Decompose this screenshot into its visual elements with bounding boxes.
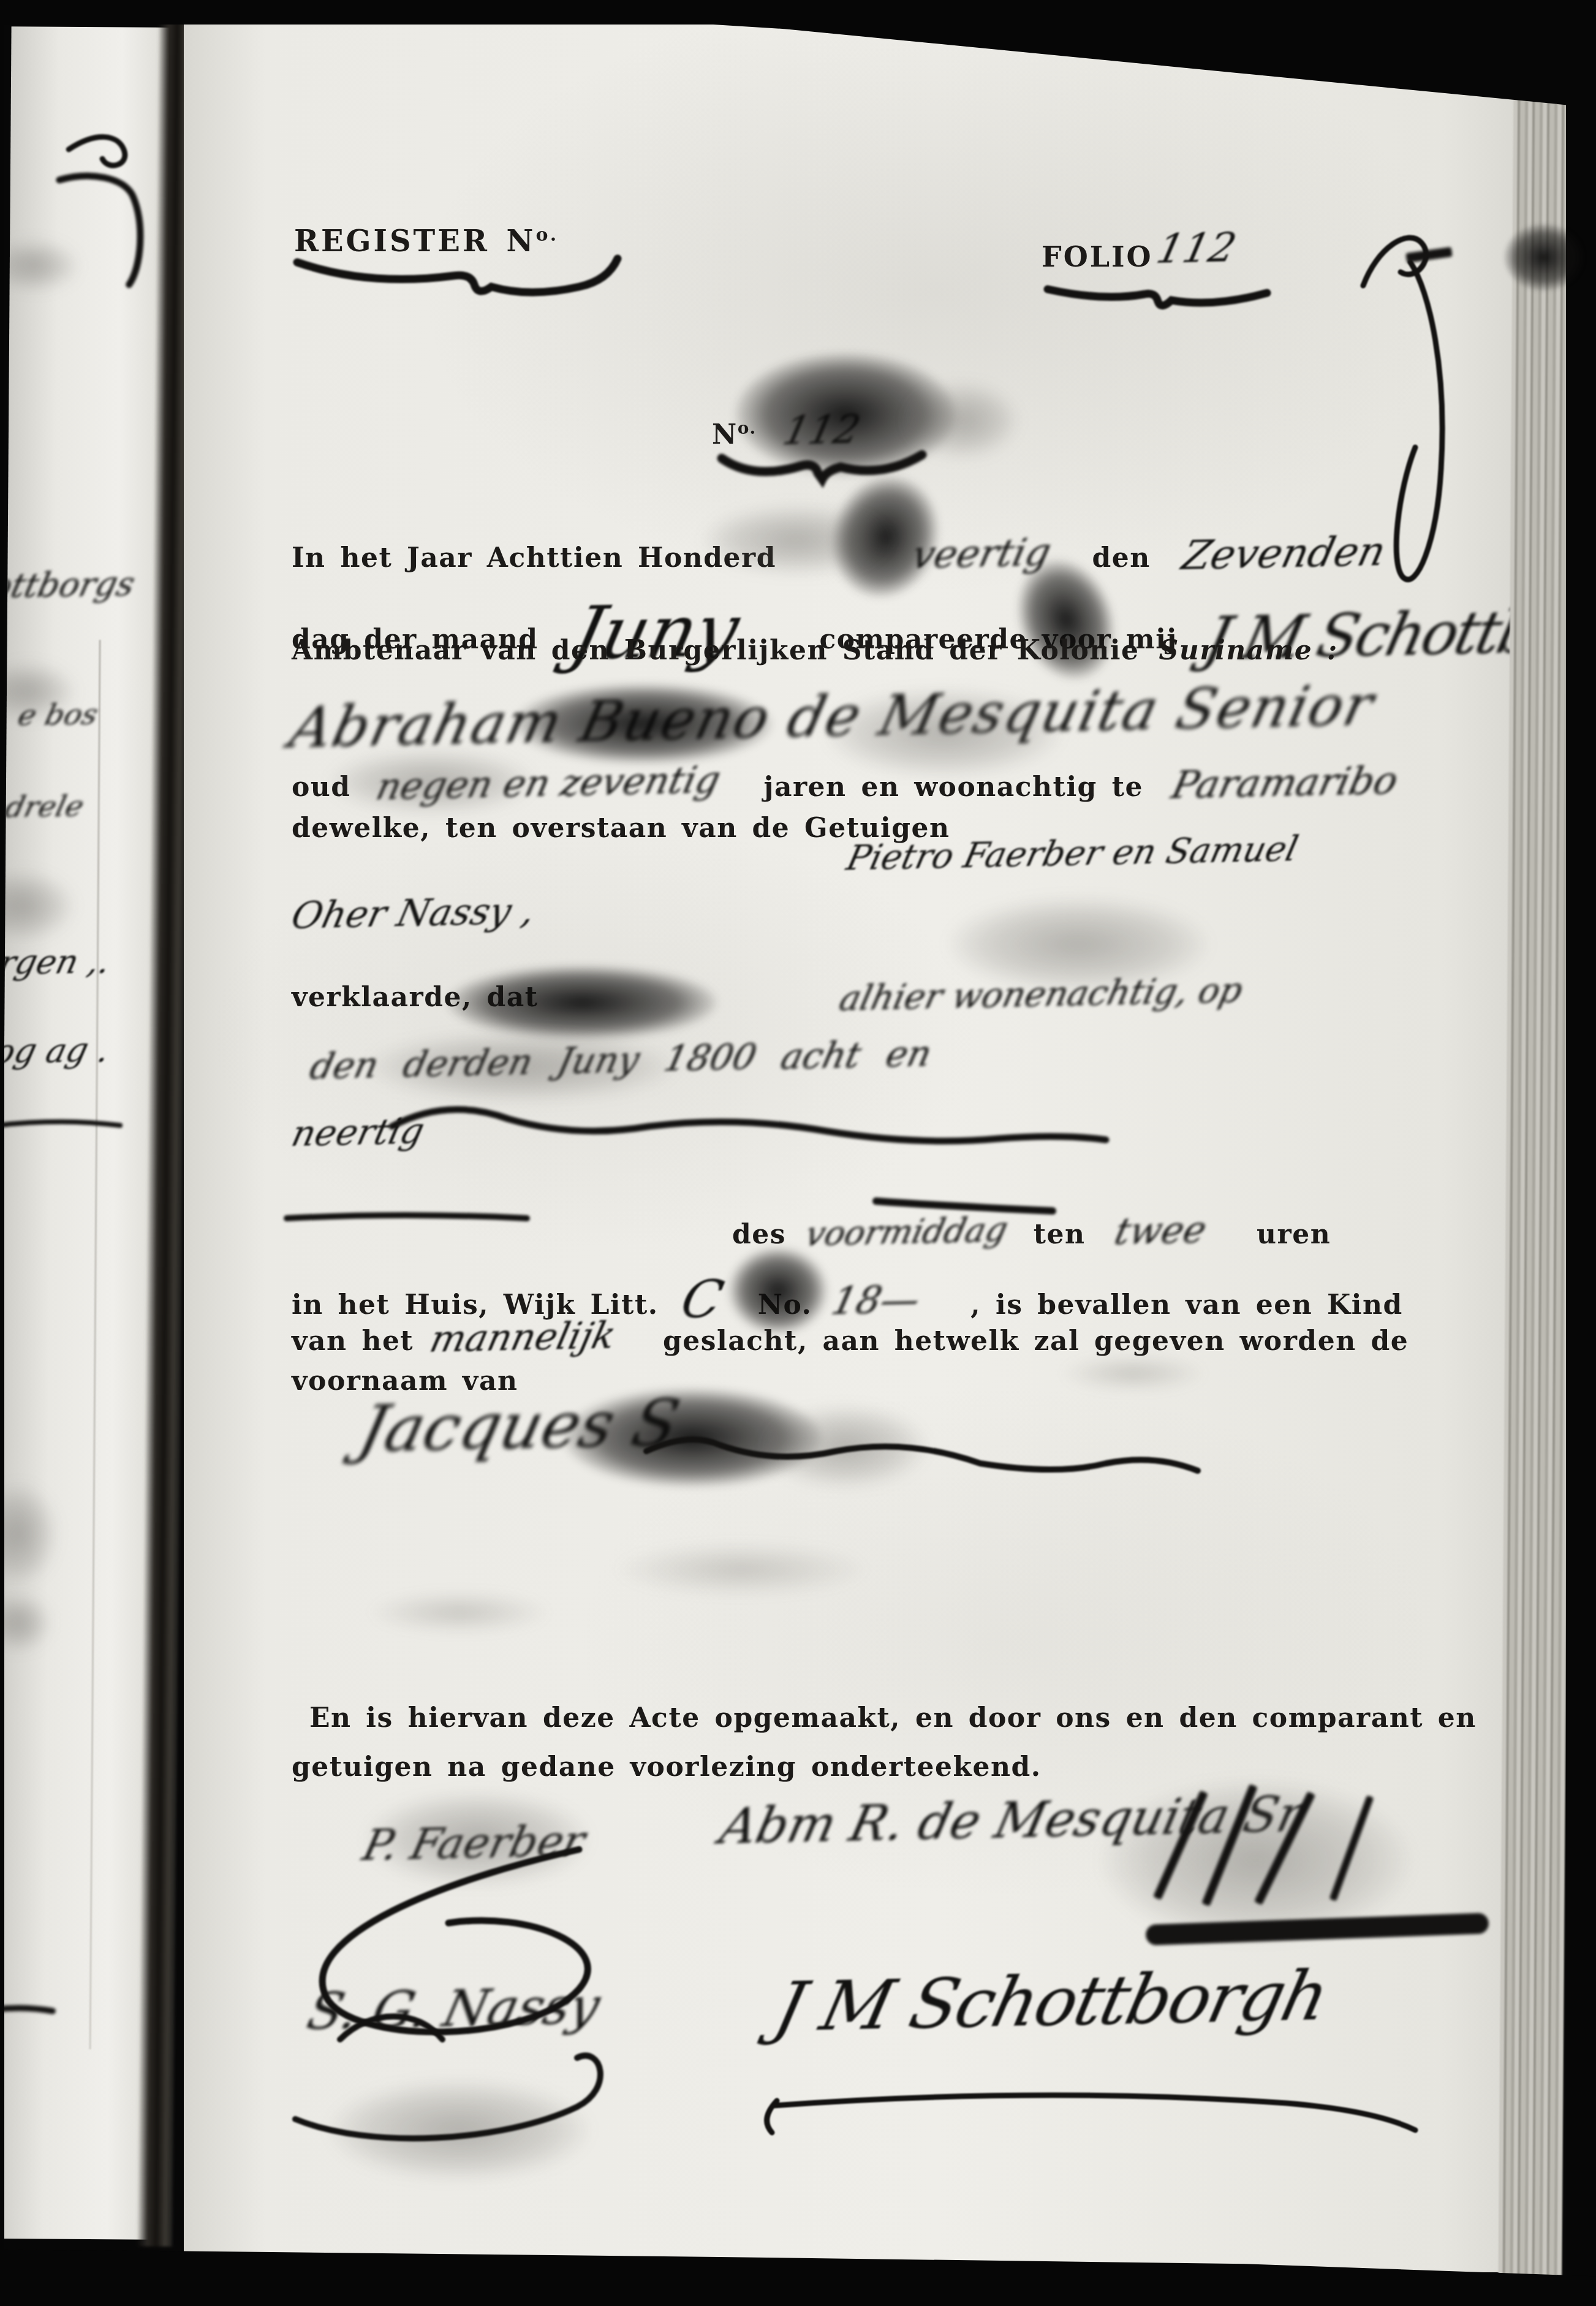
scanned-register-page: hottborgs e bos drele rgen ,. og ag . RE…	[0, 0, 1596, 2306]
ink-blot-page-edge	[1504, 224, 1584, 291]
left-page-text-fragment: rgen ,.	[0, 942, 114, 982]
left-page-text-fragment: drele	[2, 789, 88, 825]
register-underline-flourish	[297, 259, 618, 292]
short-rule	[287, 1215, 527, 1218]
folio-underline-flourish	[1048, 289, 1267, 306]
paraph-flourish	[1363, 238, 1442, 580]
scan-border	[1566, 0, 1596, 2306]
act-number-brace	[722, 455, 922, 479]
left-page-text-fragment: og ag .	[0, 1031, 113, 1071]
schottborgh-underline	[767, 2095, 1415, 2133]
name-flourish	[646, 1439, 1198, 1471]
bleed-through-signature: hottborgs	[0, 565, 138, 606]
short-rule	[876, 1201, 1053, 1211]
scan-border	[0, 0, 1596, 25]
pen-flourishes	[184, 22, 1551, 2272]
scan-border	[0, 0, 4, 2306]
register-page: REGISTER No. FOLIO 112 No. 112 In het Ja…	[184, 22, 1551, 2272]
faerber-flourish	[322, 1849, 588, 2032]
rule-flourish	[392, 1110, 1106, 1141]
